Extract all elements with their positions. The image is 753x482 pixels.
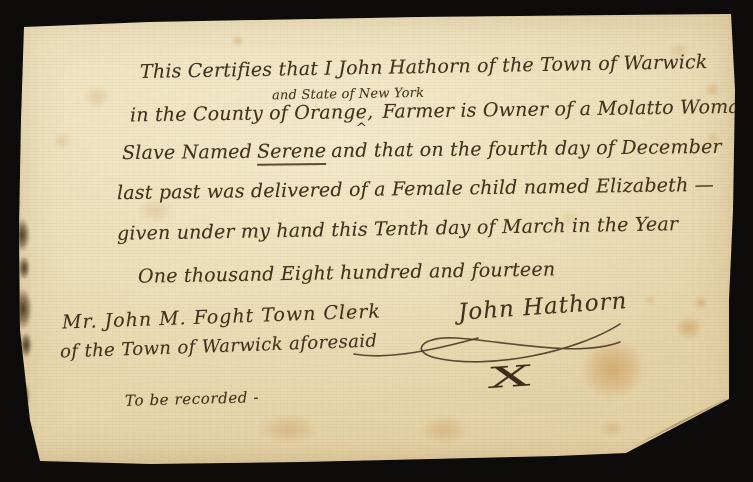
certificate-line-1: This Certifies that I John Hathorn of th… (140, 51, 708, 83)
clerk-line-1: Mr. John M. Foght Town Clerk (62, 300, 381, 333)
burn-mark (14, 288, 32, 330)
line2-end: Farmer is Owner of a Molatto Woman (382, 96, 752, 123)
slave-name: Serene (257, 140, 327, 166)
burn-mark (16, 382, 30, 410)
stain (232, 36, 244, 46)
certificate-line-3: Slave NamedSereneand that on the fourth … (122, 136, 722, 164)
certificate-line-5: given under my hand this Tenth day of Ma… (117, 213, 679, 245)
clerk-line-2: of the Town of Warwick aforesaid (60, 330, 378, 362)
certificate-line-4: last past was delivered of a Female chil… (117, 174, 714, 204)
line3-start: Slave Named (122, 141, 252, 164)
signature: John Hathorn (457, 288, 628, 326)
stain (645, 295, 656, 305)
stain (704, 82, 721, 97)
certificate-line-6: One thousand Eight hundred and fourteen (138, 258, 556, 287)
fold-crease (630, 398, 727, 449)
stain (676, 316, 702, 340)
line2-start: in the County of Orange, (130, 101, 374, 126)
burn-mark (20, 332, 32, 358)
line3-end: and that on the fourth day of December (331, 136, 722, 162)
caret-mark: ^ (356, 121, 367, 136)
burn-mark (14, 218, 30, 252)
recording-instruction: To be recorded - (125, 388, 259, 410)
paper-sheet: This Certifies that I John Hathorn of th… (0, 0, 753, 482)
witness-x-mark: X (485, 360, 537, 396)
document-scan: This Certifies that I John Hathorn of th… (0, 0, 753, 482)
stain (600, 420, 624, 436)
stain (580, 338, 646, 400)
burn-mark (10, 196, 20, 214)
burn-mark (18, 256, 30, 280)
stain (420, 416, 468, 444)
stain (694, 296, 708, 309)
stain (52, 132, 72, 150)
stain (258, 414, 318, 444)
stain (84, 86, 110, 108)
certificate-line-2: in the County of Orange,Farmer is Owner … (130, 96, 753, 127)
